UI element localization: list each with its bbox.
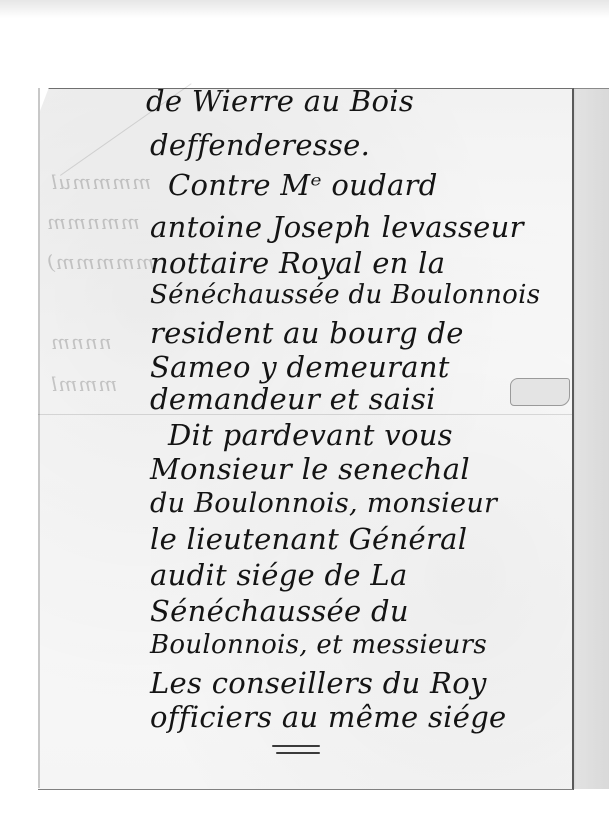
closing-flourish-line [276,752,320,754]
manuscript-line-10: Dit pardevant vous [168,418,453,452]
manuscript-line-14: audit siége de La [150,558,408,592]
manuscript-line-3: Contre Mᵉ oudard [168,168,438,202]
scanned-manuscript: mmmmul mmnmm mmmmm) nnnm mmml de Wierre … [0,0,609,839]
manuscript-line-2: deffenderesse. [150,128,370,162]
manuscript-line-11: Monsieur le senechal [150,452,470,486]
manuscript-line-7: resident au bourg de [150,316,464,350]
closing-flourish-line [272,745,320,747]
manuscript-line-9: demandeur et saisi [150,382,436,416]
manuscript-line-16: Boulonnois, et messieurs [150,630,487,660]
manuscript-line-4: antoine Joseph levasseur [150,210,524,244]
scan-top-shadow [0,0,609,18]
manuscript-line-17: Les conseillers du Roy [150,666,487,700]
manuscript-line-1: de Wierre au Bois [146,84,414,118]
bleed-through-text: mmml [50,372,117,396]
manuscript-line-18: officiers au même siége [150,700,507,734]
manuscript-line-6: Sénéchaussée du Boulonnois [150,280,540,310]
manuscript-line-8: Sameo y demeurant [150,350,450,384]
bleed-through-text: mmmmm) [46,250,155,274]
bleed-through-text: nnnm [50,330,112,354]
left-page-edge [38,88,40,788]
manuscript-line-5: nottaire Royal en la [150,246,445,280]
manuscript-line-15: Sénéchaussée du [150,594,409,628]
torn-paper-patch [510,378,570,406]
bleed-through-text: mmnmm [46,210,140,234]
manuscript-line-12: du Boulonnois, monsieur [150,488,497,519]
manuscript-line-13: le lieutenant Général [150,522,467,556]
bleed-through-text: mmmmul [50,170,151,194]
